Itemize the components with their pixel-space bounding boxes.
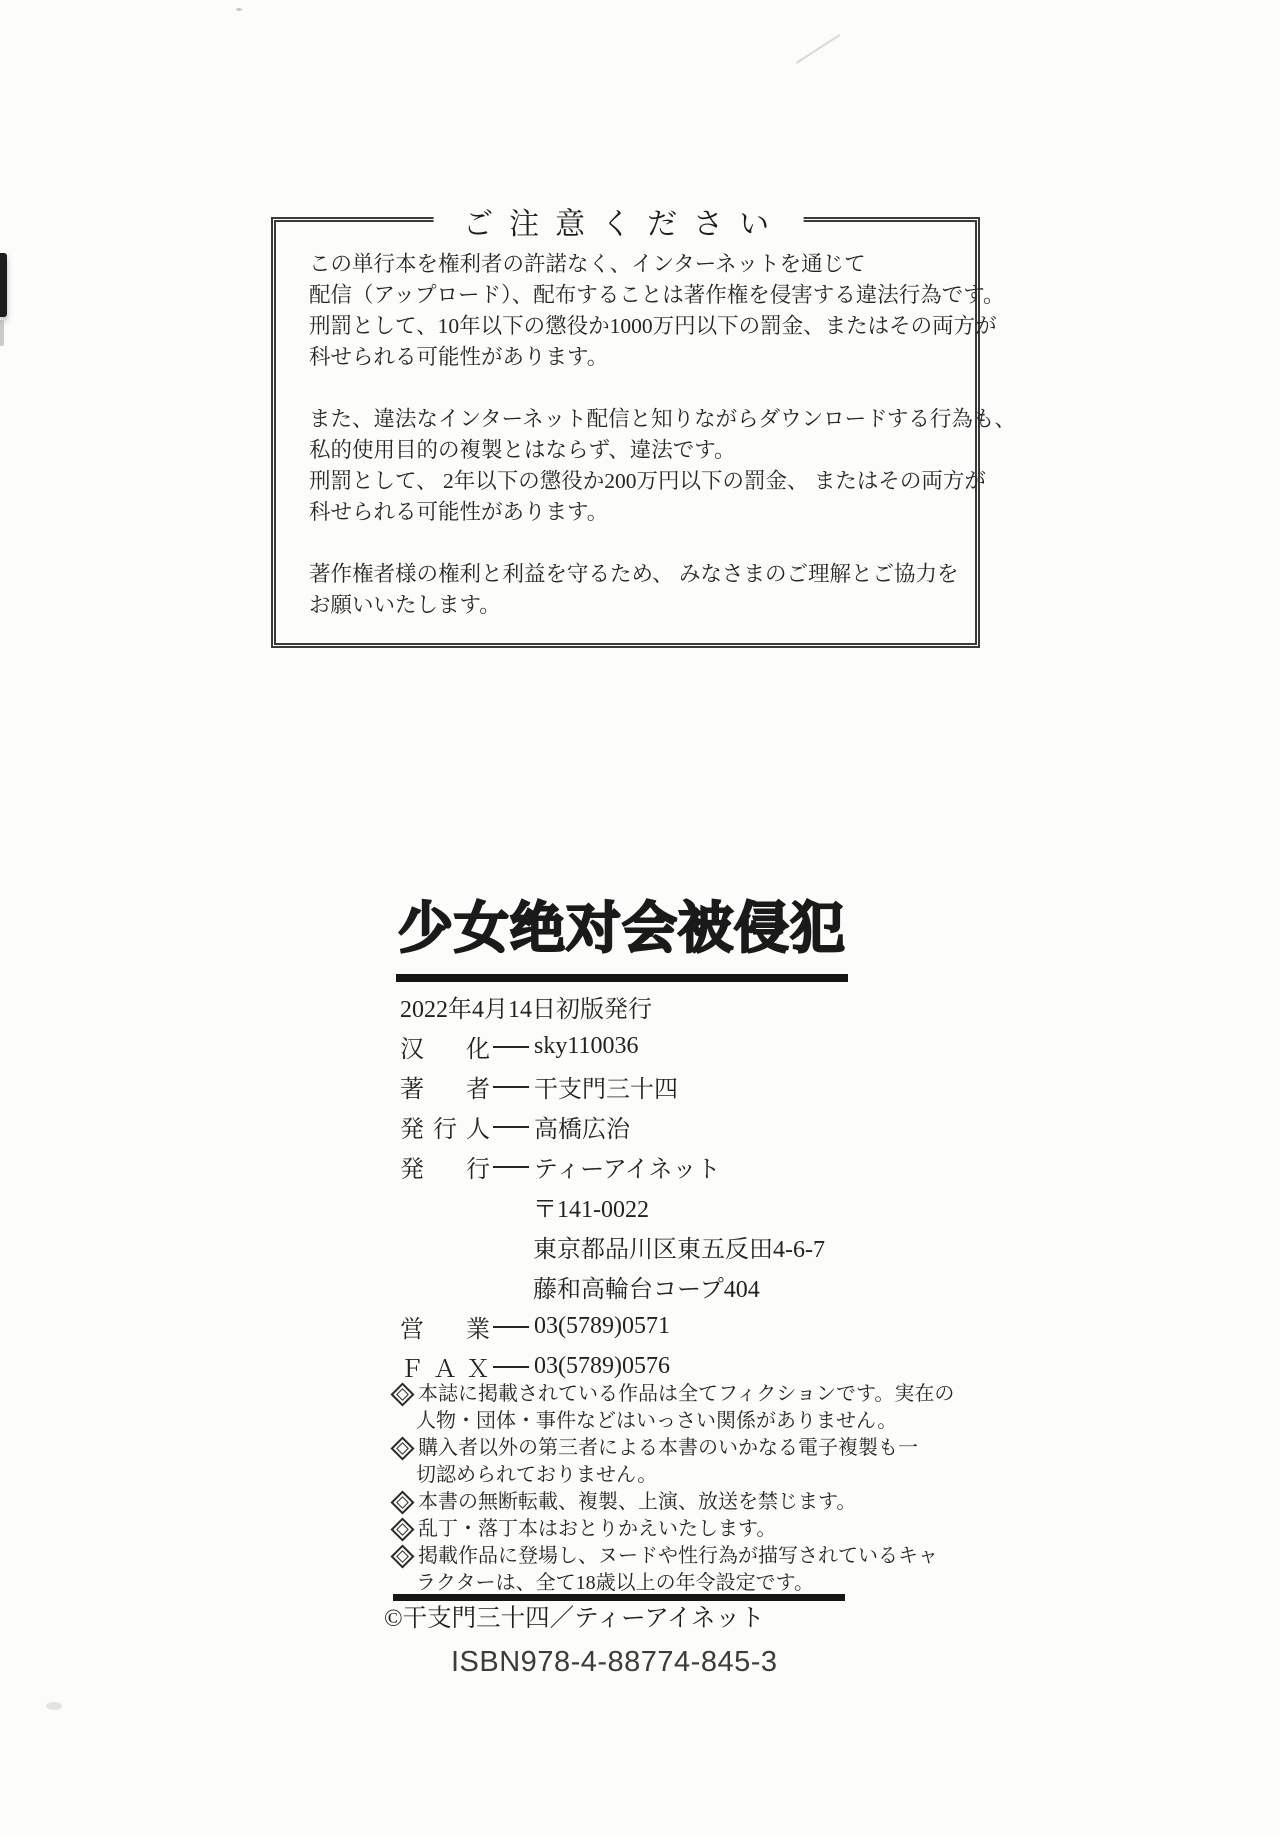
dash-line	[493, 1326, 529, 1328]
credit-label: 発行	[400, 1149, 490, 1184]
note-text: ラクターは、全て18歳以上の年令設定です。	[416, 1570, 814, 1597]
credit-label: 発行人	[400, 1109, 490, 1144]
note-text: 乱丁・落丁本はおとりかえいたします。	[418, 1516, 776, 1543]
scan-artifact	[796, 34, 841, 64]
note-text: 本誌に掲載されている作品は全てフィクションです。実在の	[418, 1381, 954, 1408]
scanned-colophon-page: ご注意ください この単行本を権利者の許諾なく、インターネットを通じて 配信（アッ…	[0, 0, 1280, 1837]
address-line-postal: 〒141-0022	[400, 1186, 825, 1226]
note-line: 本誌に掲載されている作品は全てフィクションです。実在の	[392, 1381, 954, 1408]
scan-artifact	[236, 8, 242, 11]
contact-row-fax: ＦＡＸ 03(5789)0576	[400, 1346, 825, 1386]
divider-rule-top	[396, 974, 848, 982]
diamond-bullet-icon	[390, 1544, 414, 1568]
note-text: 切認められておりません。	[416, 1462, 657, 1489]
dash-line	[493, 1166, 529, 1168]
contact-label: ＦＡＸ	[400, 1349, 490, 1384]
credit-row-author: 著者 干支門三十四	[400, 1066, 825, 1106]
warning-text-line: 刑罰として、10年以下の懲役か1000万円以下の罰金、またはその両方が	[309, 311, 967, 342]
dash-line	[493, 1366, 529, 1368]
warning-text-line: 著作権者様の権利と利益を守るため、 みなさまのご理解とご協力を	[309, 559, 967, 590]
note-line: 乱丁・落丁本はおとりかえいたします。	[392, 1516, 954, 1543]
copyright-warning-box: ご注意ください この単行本を権利者の許諾なく、インターネットを通じて 配信（アッ…	[271, 217, 980, 648]
building-text: 藤和高輪台コープ404	[533, 1269, 760, 1304]
divider-rule-bottom	[393, 1594, 845, 1601]
note-line: 購入者以外の第三者による本書のいかなる電子複製も一	[392, 1435, 954, 1462]
credit-value: 高橋広治	[532, 1109, 630, 1144]
address-line-building: 藤和高輪台コープ404	[400, 1266, 825, 1306]
note-text: 本書の無断転載、複製、上演、放送を禁じます。	[418, 1489, 856, 1516]
note-text: 購入者以外の第三者による本書のいかなる電子複製も一	[418, 1435, 918, 1462]
address-line-street: 東京都品川区東五反田4-6-7	[400, 1226, 825, 1266]
credit-row-publishing-house: 発行 ティーアイネット	[400, 1146, 825, 1186]
contact-row-sales: 営業 03(5789)0571	[400, 1306, 825, 1346]
diamond-bullet-icon	[390, 1382, 414, 1406]
scan-artifact	[0, 320, 4, 346]
dash-line	[493, 1086, 529, 1088]
warning-text-line: 科せられる可能性があります。	[309, 342, 967, 373]
scan-artifact	[0, 253, 7, 317]
dash-line	[493, 1046, 529, 1048]
publication-info: 2022年4月14日初版発行 汉化 sky110036 著者 干支門三十四 発行…	[400, 986, 825, 1386]
warning-paragraph: また、違法なインターネット配信と知りながらダウンロードする行為も、 私的使用目的…	[309, 404, 967, 528]
note-line: 人物・団体・事件などはいっさい関係がありません。	[392, 1408, 954, 1435]
contact-value: 03(5789)0571	[532, 1313, 670, 1340]
credit-row-publisher-person: 発行人 高橋広治	[400, 1106, 825, 1146]
note-line: 本書の無断転載、複製、上演、放送を禁じます。	[392, 1489, 954, 1516]
diamond-bullet-icon	[390, 1517, 414, 1541]
credit-label: 著者	[400, 1069, 490, 1104]
warning-paragraph: 著作権者様の権利と利益を守るため、 みなさまのご理解とご協力を お願いいたします…	[309, 559, 967, 621]
warning-text-line: 科せられる可能性があります。	[309, 497, 967, 528]
note-text: 掲載作品に登場し、ヌードや性行為が描写されているキャ	[418, 1543, 938, 1570]
warning-text-line: 私的使用目的の複製とはならず、違法です。	[309, 435, 967, 466]
warning-box-title: ご注意ください	[433, 199, 803, 243]
edition-line: 2022年4月14日初版発行	[400, 986, 825, 1026]
edition-text: 2022年4月14日初版発行	[400, 989, 652, 1024]
book-title: 少女绝对会被侵犯	[398, 884, 846, 963]
postal-code-text: 〒141-0022	[533, 1189, 649, 1224]
scan-artifact	[46, 1702, 62, 1710]
note-line: 掲載作品に登場し、ヌードや性行為が描写されているキャ	[392, 1543, 954, 1570]
credit-value: ティーアイネット	[532, 1149, 720, 1184]
street-text: 東京都品川区東五反田4-6-7	[533, 1229, 825, 1264]
warning-text-line: この単行本を権利者の許諾なく、インターネットを通じて	[309, 249, 967, 280]
dash-line	[493, 1126, 529, 1128]
note-text: 人物・団体・事件などはいっさい関係がありません。	[416, 1408, 897, 1435]
copyright-line: ©干支門三十四／ティーアイネット	[384, 1603, 764, 1635]
isbn-number: ISBN978-4-88774-845-3	[451, 1646, 777, 1679]
note-line: ラクターは、全て18歳以上の年令設定です。	[392, 1570, 954, 1597]
legal-notes: 本誌に掲載されている作品は全てフィクションです。実在の 人物・団体・事件などはい…	[392, 1381, 954, 1597]
warning-text-line: 配信（アップロード）、配布することは著作権を侵害する違法行為です。	[309, 280, 967, 311]
diamond-bullet-icon	[390, 1490, 414, 1514]
credit-value: sky110036	[532, 1033, 638, 1060]
warning-paragraph: この単行本を権利者の許諾なく、インターネットを通じて 配信（アップロード）、配布…	[309, 249, 967, 373]
diamond-bullet-icon	[390, 1436, 414, 1460]
credit-value: 干支門三十四	[532, 1069, 678, 1104]
warning-box-body: この単行本を権利者の許諾なく、インターネットを通じて 配信（アップロード）、配布…	[276, 222, 975, 621]
note-line: 切認められておりません。	[392, 1462, 954, 1489]
contact-label: 営業	[400, 1309, 490, 1344]
warning-text-line: 刑罰として、 2年以下の懲役か200万円以下の罰金、 またはその両方が	[309, 466, 967, 497]
contact-value: 03(5789)0576	[532, 1353, 670, 1380]
warning-text-line: お願いいたします。	[309, 590, 967, 621]
credit-label: 汉化	[400, 1029, 490, 1064]
credit-row-translation: 汉化 sky110036	[400, 1026, 825, 1066]
warning-text-line: また、違法なインターネット配信と知りながらダウンロードする行為も、	[309, 404, 967, 435]
